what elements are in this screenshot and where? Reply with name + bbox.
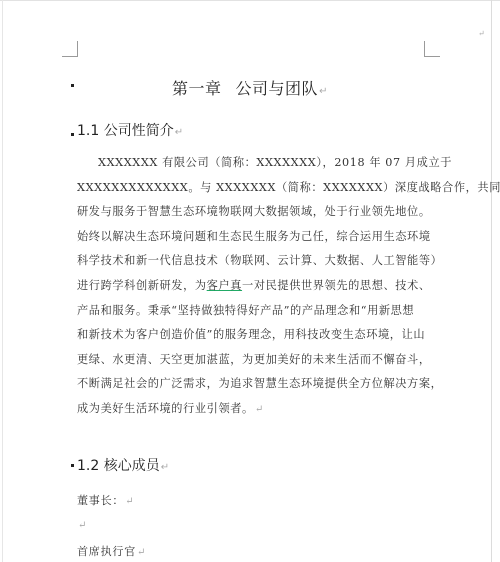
paragraph-mark-icon: ↵ (78, 520, 87, 531)
text-line: 产品和服务。秉承“坚持做独特得好产品”的产品理念和“用新思想 (77, 299, 432, 324)
member-ceo[interactable]: 首席执行官↵ (77, 543, 146, 559)
text-segment: 一对民提供世界领先的思想、技术、 (242, 279, 431, 292)
paragraph-mark-icon: ↵ (478, 29, 485, 38)
text-line: 成为美好生活环境的行业引领者。↵ (77, 397, 432, 423)
section-heading-1-1[interactable]: 1.1 公司性简介↵ (77, 120, 183, 140)
paragraph-mark-icon: ↵ (137, 547, 146, 558)
paragraph-mark-icon: ↵ (161, 462, 169, 473)
paragraph-mark-icon: ↵ (319, 86, 328, 97)
margin-corner-top-left (62, 41, 78, 57)
member-label: 首席执行官 (77, 545, 136, 558)
company-intro-paragraph[interactable]: XXXXXXX 有限公司（简称：XXXXXXX），2018 年 07 月成立于 … (77, 151, 432, 423)
spellcheck-underlined-text[interactable]: 客户真 (207, 279, 242, 292)
heading-bullet-icon (71, 133, 74, 136)
member-label: 董事长： (77, 494, 124, 507)
text-segment: 成为美好生活环境的行业引领者。 (77, 402, 254, 415)
text-line: 不断满足社会的广泛需求，为追求智慧生态环境提供全方位解决方案， (77, 372, 432, 397)
section-heading-text: 1.1 公司性简介 (77, 123, 174, 139)
heading-bullet-icon (71, 464, 74, 467)
text-segment: 进行跨学科创新研发，为 (77, 279, 207, 292)
text-line: 和新技术为客户创造价值”的服务理念，用科技改变生态环境，让山 (77, 323, 432, 348)
paragraph-mark-icon: ↵ (255, 404, 264, 415)
paragraph-mark-icon: ↵ (125, 496, 134, 507)
chapter-title[interactable]: 第一章公司与团队↵ (0, 76, 500, 99)
text-line: 科学技术和新一代信息技术（物联网、云计算、大数据、人工智能等） (77, 249, 432, 274)
text-line: 研发与服务于智慧生态环境物联网大数据领域，处于行业领先地位。 (77, 200, 432, 225)
chapter-name: 公司与团队 (236, 79, 319, 98)
margin-corner-top-right (424, 41, 440, 57)
text-line: 始终以解决生态环境问题和生态民生服务为己任，综合运用生态环境 (77, 225, 432, 250)
paragraph-mark-icon: ↵ (175, 127, 183, 138)
empty-paragraph[interactable]: ↵ (77, 518, 87, 531)
text-line: XXXXXXX 有限公司（简称：XXXXXXX），2018 年 07 月成立于 (77, 151, 432, 176)
section-heading-1-2[interactable]: 1.2 核心成员↵ (77, 455, 169, 475)
member-chairman[interactable]: 董事长：↵ (77, 492, 134, 508)
chapter-number: 第一章 (172, 79, 222, 98)
text-line: XXXXXXXXXXXXX。与 XXXXXXX（简称：XXXXXXX）深度战略合… (77, 176, 432, 201)
text-line: 进行跨学科创新研发，为客户真一对民提供世界领先的思想、技术、 (77, 274, 432, 299)
section-heading-text: 1.2 核心成员 (77, 458, 160, 474)
text-line: 更绿、水更清、天空更加湛蓝，为更加美好的未来生活而不懈奋斗， (77, 348, 432, 373)
